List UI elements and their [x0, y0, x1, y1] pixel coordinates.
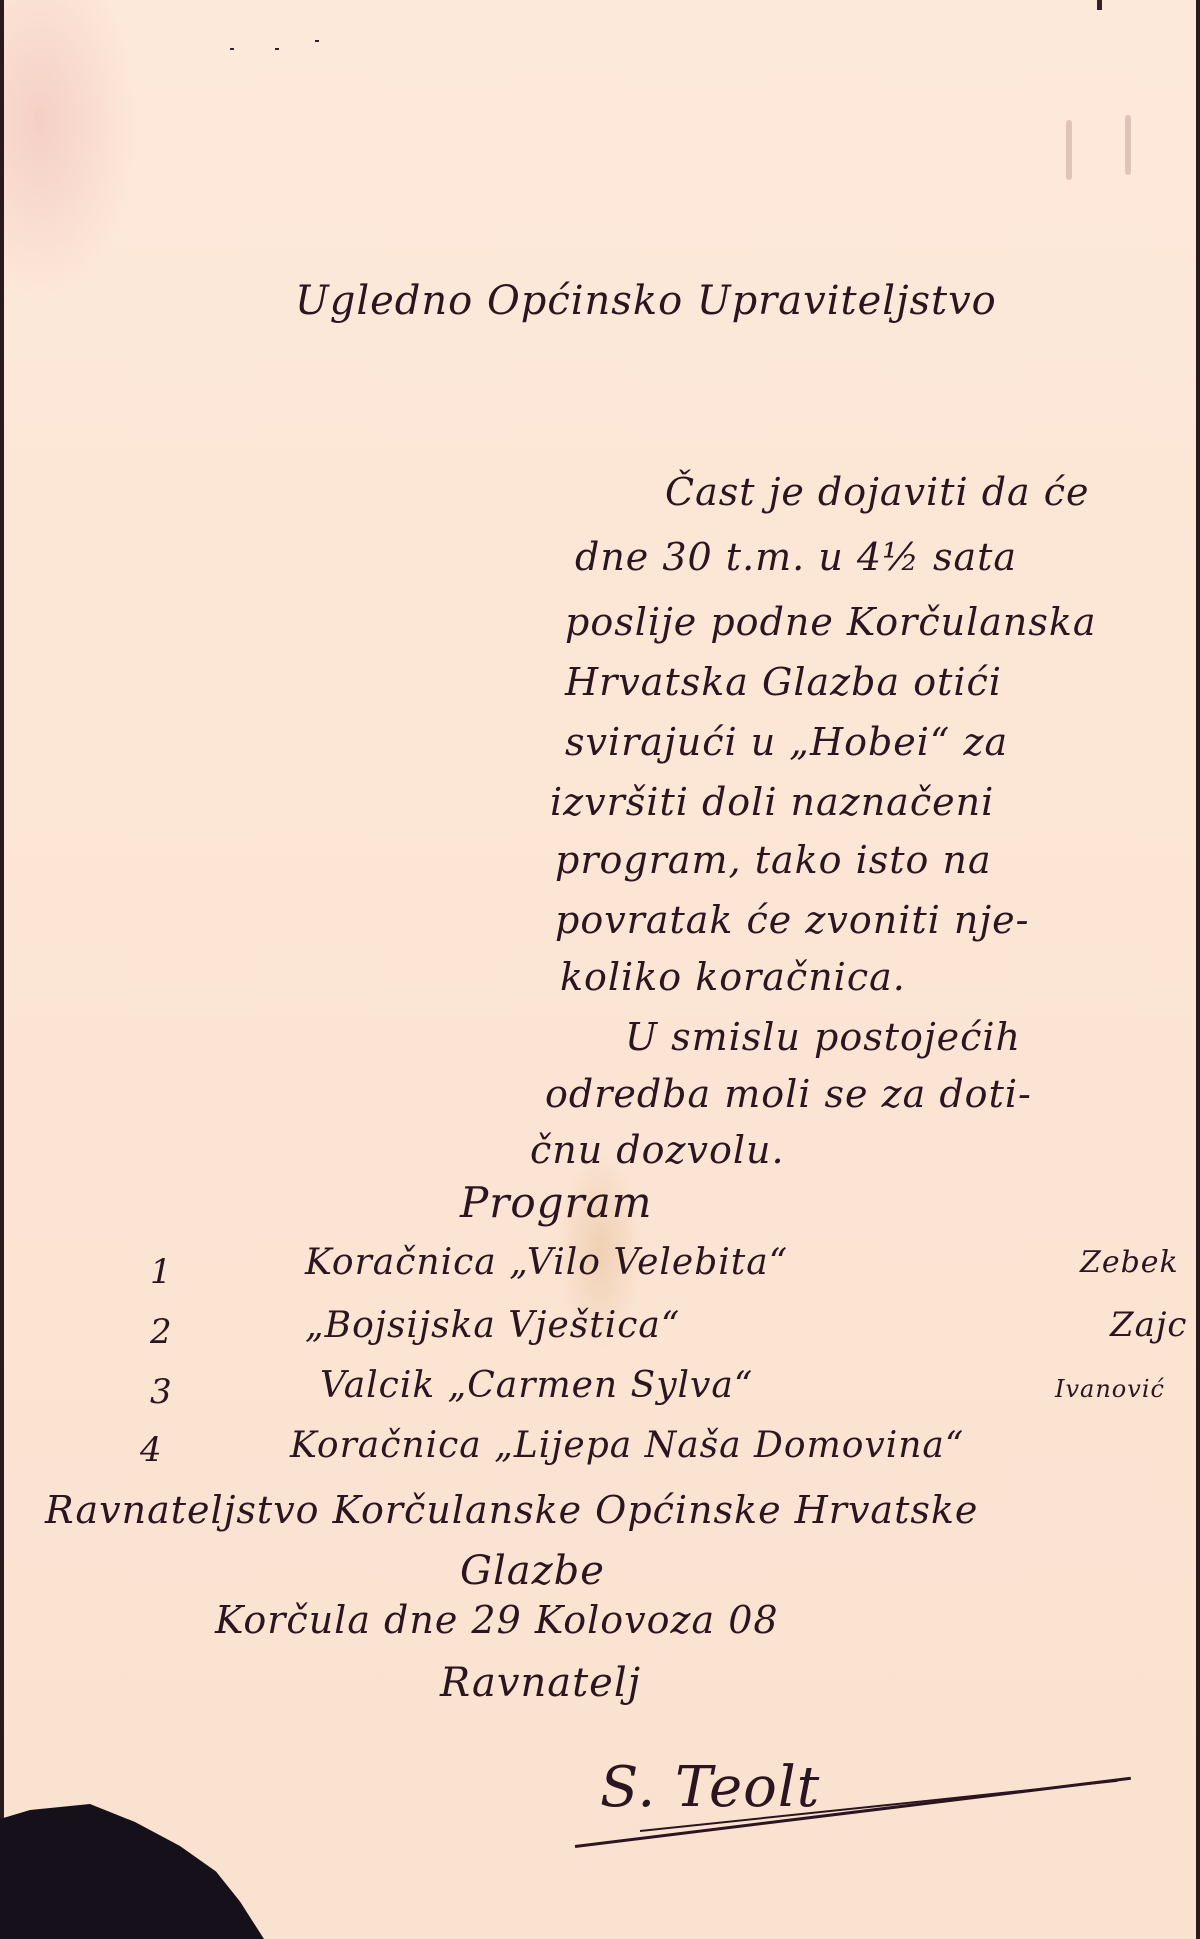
right-edge — [1196, 0, 1200, 1939]
smudge — [1125, 115, 1131, 175]
program-item-composer: Zebek — [1080, 1245, 1179, 1280]
body-line: čnu dozvolu. — [530, 1128, 785, 1172]
body-line: svirajući u „Hobei“ za — [565, 720, 1008, 764]
program-item-title: Valcik „Carmen Sylva“ — [320, 1365, 753, 1406]
signature: S. Teolt — [600, 1755, 820, 1820]
program-title: Program — [460, 1178, 652, 1227]
body-line: U smislu postojećih — [625, 1015, 1021, 1059]
program-item-title: Koračnica „Vilo Velebita“ — [305, 1242, 788, 1283]
addressee: Ugledno Općinsko Upraviteljstvo — [295, 278, 997, 324]
smudge — [1066, 120, 1072, 180]
body-line: Hrvatska Glazba otići — [565, 660, 1002, 704]
program-item-title: Koračnica „Lijepa Naša Domovina“ — [290, 1425, 964, 1466]
body-line: povratak će zvoniti nje- — [555, 898, 1029, 942]
program-item-composer: Ivanović — [1055, 1375, 1165, 1403]
ink-speck — [1097, 0, 1102, 10]
ink-speck — [230, 48, 234, 50]
program-item-number: 3 — [150, 1372, 173, 1412]
program-item-number: 2 — [150, 1312, 173, 1352]
body-line: poslije podne Korčulanska — [565, 600, 1097, 644]
body-line: program, tako isto na — [555, 838, 992, 882]
ink-speck — [315, 40, 319, 42]
program-item-number: 4 — [140, 1430, 163, 1470]
program-item-composer: Zajc — [1110, 1305, 1187, 1345]
body-line: Čast je dojaviti da će — [665, 470, 1090, 514]
sender-organization-cont: Glazbe — [460, 1548, 605, 1594]
body-line: izvršiti doli naznačeni — [550, 780, 994, 824]
signer-role: Ravnatelj — [440, 1660, 641, 1706]
place-date-line: Korčula dne 29 Kolovoza 08 — [215, 1598, 779, 1642]
program-item-number: 1 — [150, 1252, 173, 1292]
program-item-title: „Bojsijska Vještica“ — [305, 1305, 680, 1346]
ink-speck — [275, 48, 279, 50]
body-line: koliko koračnica. — [560, 955, 906, 999]
body-line: odredba moli se za doti- — [545, 1072, 1032, 1116]
body-line: dne 30 t.m. u 4½ sata — [575, 535, 1017, 579]
sender-organization: Ravnateljstvo Korčulanske Općinske Hrvat… — [45, 1488, 978, 1532]
left-edge — [0, 0, 4, 1939]
